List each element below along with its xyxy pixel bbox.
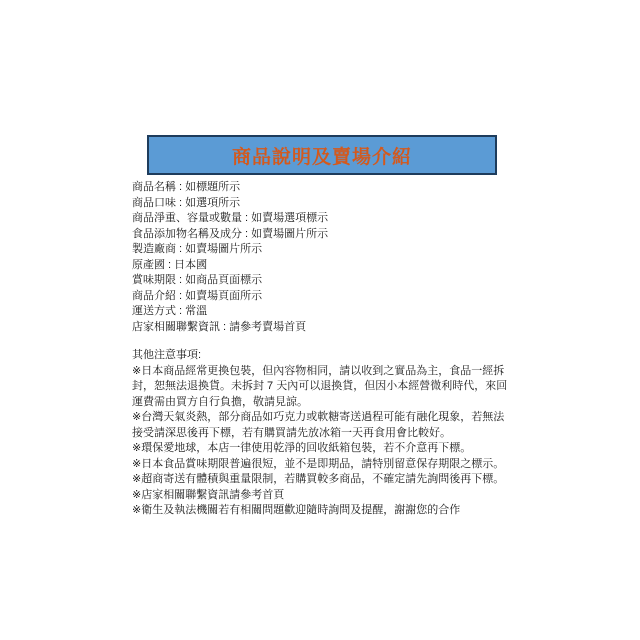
detail-row-expiry: 賞味期限 : 如商品頁面標示 bbox=[132, 273, 512, 289]
detail-label: 商品口味 bbox=[132, 197, 176, 209]
detail-row-origin-country: 原產國 : 日本國 bbox=[132, 258, 512, 274]
note-line: ※台灣天氣炎熱，部分商品如巧克力或軟糖寄送過程可能有融化現象，若無法 bbox=[132, 410, 512, 426]
detail-label: 店家相關聯繫資訊 bbox=[132, 321, 220, 333]
detail-separator: : bbox=[176, 305, 185, 317]
detail-value: 日本國 bbox=[174, 259, 207, 271]
detail-value: 如賣場圖片所示 bbox=[185, 243, 262, 255]
detail-label: 商品介紹 bbox=[132, 290, 176, 302]
detail-value: 如選項所示 bbox=[185, 197, 240, 209]
detail-row-product-name: 商品名稱 : 如標題所示 bbox=[132, 180, 512, 196]
detail-separator: : bbox=[220, 321, 229, 333]
detail-row-net-weight: 商品淨重、容量或數量 : 如賣場選項標示 bbox=[132, 211, 512, 227]
detail-row-manufacturer: 製造廠商 : 如賣場圖片所示 bbox=[132, 242, 512, 258]
note-line: ※環保愛地球，本店一律使用乾淨的回收紙箱包裝，若不介意再下標。 bbox=[132, 441, 512, 457]
note-line: ※日本商品經常更換包裝，但內容物相同，請以收到之實品為主，食品一經拆 bbox=[132, 364, 512, 380]
page-title: 商品說明及賣場介紹 bbox=[232, 142, 412, 169]
detail-separator: : bbox=[176, 243, 185, 255]
detail-label: 賞味期限 bbox=[132, 274, 176, 286]
detail-separator: : bbox=[176, 181, 185, 193]
detail-label: 製造廠商 bbox=[132, 243, 176, 255]
detail-label: 商品淨重、容量或數量 bbox=[132, 212, 242, 224]
detail-separator: : bbox=[242, 228, 251, 240]
note-line: 接受請深思後再下標，若有購買請先放冰箱一天再食用會比較好。 bbox=[132, 426, 512, 442]
other-notes-section: 其他注意事項: ※日本商品經常更換包裝，但內容物相同，請以收到之實品為主，食品一… bbox=[132, 348, 512, 519]
detail-value: 如商品頁面標示 bbox=[185, 274, 262, 286]
note-line: 運費需由買方自行負擔，敬請見諒。 bbox=[132, 395, 512, 411]
detail-label: 運送方式 bbox=[132, 305, 176, 317]
detail-label: 商品名稱 bbox=[132, 181, 176, 193]
detail-value: 如賣場頁面所示 bbox=[185, 290, 262, 302]
detail-row-shipping-method: 運送方式 : 常溫 bbox=[132, 304, 512, 320]
product-description-page: 商品說明及賣場介紹 商品名稱 : 如標題所示 商品口味 : 如選項所示 商品淨重… bbox=[0, 0, 640, 640]
detail-separator: : bbox=[165, 259, 174, 271]
note-line: ※超商寄送有體積與重量限制，若購買較多商品，不確定請先詢問後再下標。 bbox=[132, 472, 512, 488]
detail-separator: : bbox=[176, 290, 185, 302]
detail-label: 食品添加物名稱及成分 bbox=[132, 228, 242, 240]
detail-value: 常溫 bbox=[185, 305, 207, 317]
detail-row-flavor: 商品口味 : 如選項所示 bbox=[132, 196, 512, 212]
notes-heading: 其他注意事項: bbox=[132, 348, 512, 364]
product-info-panel: 商品說明及賣場介紹 商品名稱 : 如標題所示 商品口味 : 如選項所示 商品淨重… bbox=[132, 135, 512, 519]
detail-row-introduction: 商品介紹 : 如賣場頁面所示 bbox=[132, 289, 512, 305]
note-line: ※日本食品賞味期限普遍很短，並不是即期品，請特別留意保存期限之標示。 bbox=[132, 457, 512, 473]
detail-label: 原產國 bbox=[132, 259, 165, 271]
note-line: ※衛生及執法機關若有相關問題歡迎隨時詢問及提醒，謝謝您的合作 bbox=[132, 503, 512, 519]
detail-value: 如賣場選項標示 bbox=[251, 212, 328, 224]
detail-value: 請參考賣場首頁 bbox=[229, 321, 306, 333]
detail-separator: : bbox=[176, 197, 185, 209]
header-banner: 商品說明及賣場介紹 bbox=[147, 135, 497, 175]
detail-row-store-contact: 店家相關聯繫資訊 : 請參考賣場首頁 bbox=[132, 320, 512, 336]
detail-row-additives: 食品添加物名稱及成分 : 如賣場圖片所示 bbox=[132, 227, 512, 243]
detail-value: 如標題所示 bbox=[185, 181, 240, 193]
detail-separator: : bbox=[176, 274, 185, 286]
note-line: 封，恕無法退換貨。未拆封 7 天內可以退換貨，但因小本經營微利時代，來回 bbox=[132, 379, 512, 395]
note-line: ※店家相關聯繫資訊請參考首頁 bbox=[132, 488, 512, 504]
detail-separator: : bbox=[242, 212, 251, 224]
product-details-list: 商品名稱 : 如標題所示 商品口味 : 如選項所示 商品淨重、容量或數量 : 如… bbox=[132, 180, 512, 335]
detail-value: 如賣場圖片所示 bbox=[251, 228, 328, 240]
